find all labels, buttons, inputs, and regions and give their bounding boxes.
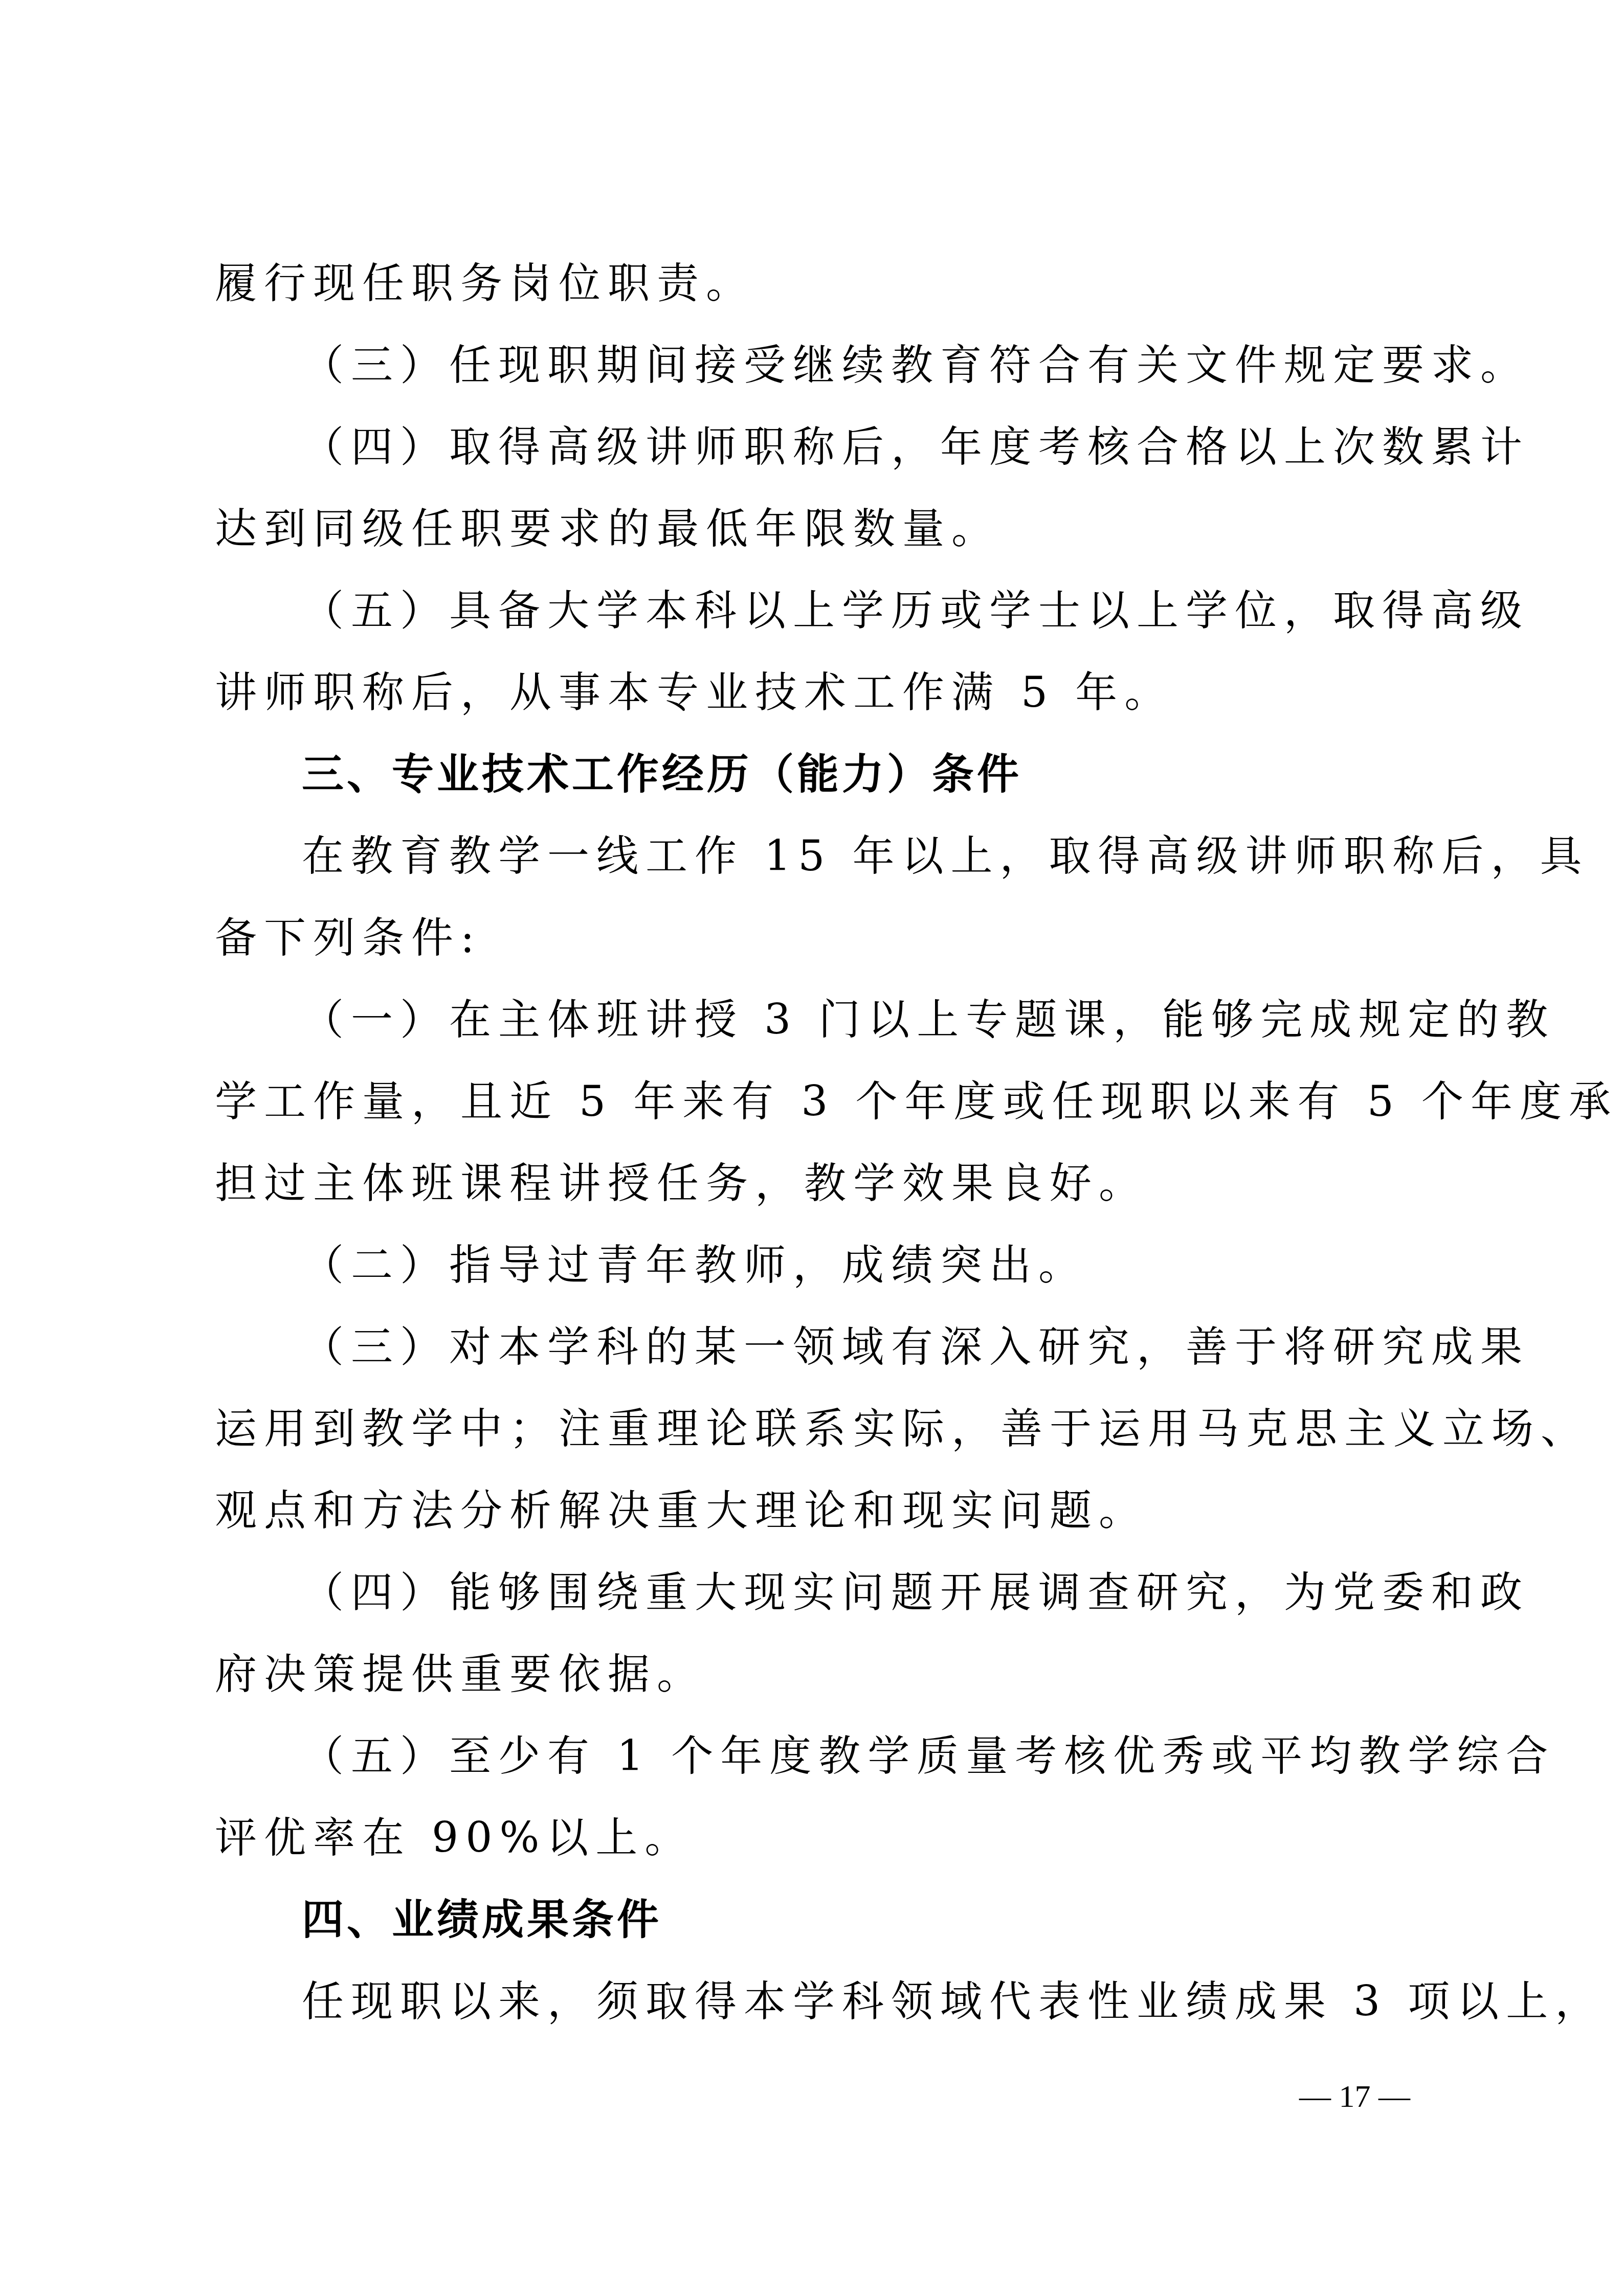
paragraph-line: 府决策提供重要依据。: [215, 1649, 1412, 1700]
document-page: 履行现任职务岗位职责。 （三）任现职期间接受继续教育符合有关文件规定要求。 （四…: [0, 0, 1624, 2296]
paragraph-line: （一）在主体班讲授 3 门以上专题课，能够完成规定的教: [302, 995, 1499, 1046]
paragraph-line: 履行现任职务岗位职责。: [215, 258, 1412, 309]
paragraph-line: 任现职以来，须取得本学科领域代表性业绩成果 3 项以上，: [302, 1976, 1499, 2028]
paragraph-line: （四）取得高级讲师职称后，年度考核合格以上次数累计: [302, 422, 1499, 473]
paragraph-line: 运用到教学中；注重理论联系实际，善于运用马克思主义立场、: [215, 1404, 1412, 1455]
paragraph-line: 担过主体班课程讲授任务，教学效果良好。: [215, 1158, 1412, 1209]
paragraph-line: （五）至少有 1 个年度教学质量考核优秀或平均教学综合: [302, 1731, 1499, 1782]
paragraph-line: （五）具备大学本科以上学历或学士以上学位，取得高级: [302, 586, 1499, 637]
page-number: — 17 —: [1299, 2076, 1410, 2117]
paragraph-line: 学工作量，且近 5 年来有 3 个年度或任现职以来有 5 个年度承: [215, 1076, 1412, 1128]
paragraph-line: 达到同级任职要求的最低年限数量。: [215, 504, 1412, 555]
paragraph-line: （三）任现职期间接受继续教育符合有关文件规定要求。: [302, 340, 1499, 391]
paragraph-line: （四）能够围绕重大现实问题开展调查研究，为党委和政: [302, 1567, 1499, 1618]
section-heading: 三、专业技术工作经历（能力）条件: [302, 749, 1499, 800]
paragraph-line: 观点和方法分析解决重大理论和现实问题。: [215, 1485, 1412, 1537]
paragraph-line: （三）对本学科的某一领域有深入研究，善于将研究成果: [302, 1322, 1499, 1373]
paragraph-line: （二）指导过青年教师，成绩突出。: [302, 1240, 1499, 1291]
paragraph-line: 评优率在 90%以上。: [215, 1813, 1412, 1864]
paragraph-line: 在教育教学一线工作 15 年以上，取得高级讲师职称后，具: [302, 831, 1499, 882]
paragraph-line: 讲师职称后，从事本专业技术工作满 5 年。: [215, 667, 1412, 718]
paragraph-line: 备下列条件:: [215, 913, 1412, 964]
section-heading: 四、业绩成果条件: [302, 1895, 1499, 1946]
